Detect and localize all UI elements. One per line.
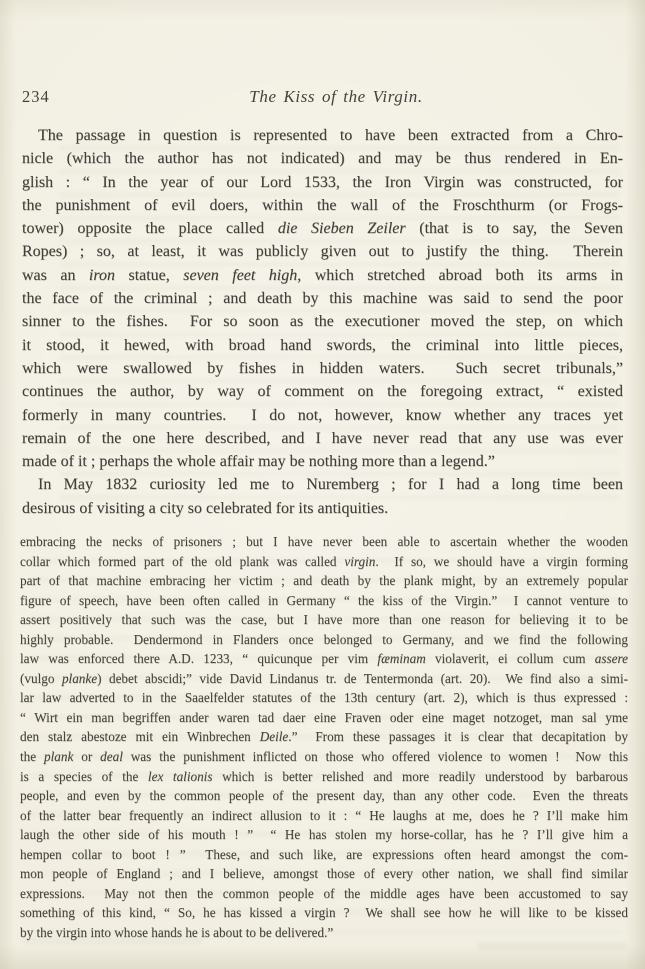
text-line: laugh the other side of his mouth ! ” “ … <box>20 825 628 845</box>
text-line: by the virgin into whose hands he is abo… <box>20 923 628 943</box>
text-line: remain of the one here described, and I … <box>22 427 623 450</box>
text-line: In May 1832 curiosity led me to Nurember… <box>22 473 623 496</box>
text-line: was an iron statue, seven feet high, whi… <box>22 264 623 287</box>
text-line: part of that machine embracing her victi… <box>20 571 628 591</box>
text-line: mon people of England ; and I believe, a… <box>20 864 628 884</box>
text-line: continues the author, by way of comment … <box>22 380 623 403</box>
text-line: nicle (which the author has not indicate… <box>22 147 623 170</box>
text-line: sinner to the fishes. For so soon as the… <box>22 310 623 333</box>
page-header: 234 The Kiss of the Virgin. <box>22 87 623 109</box>
text-line: Ropes) ; so, at least, it was publicly g… <box>22 240 623 263</box>
scanned-book-page: 234 The Kiss of the Virgin. The passage … <box>0 0 645 969</box>
text-line: The passage in question is represented t… <box>22 124 623 147</box>
text-line: made of it ; perhaps the whole affair ma… <box>22 450 623 473</box>
text-line: highly probable. Dendermond in Flanders … <box>20 630 628 650</box>
text-line: the face of the criminal ; and death by … <box>22 287 623 310</box>
page-title: The Kiss of the Virgin. <box>22 87 623 107</box>
text-line: people, and even by the common people of… <box>20 786 628 806</box>
text-line: law was enforced there A.D. 1233, “ quic… <box>20 649 628 669</box>
text-line: formerly in many countries. I do not, ho… <box>22 404 623 427</box>
text-line: desirous of visiting a city so celebrate… <box>22 497 623 520</box>
text-line: tower) opposite the place called die Sie… <box>22 217 623 240</box>
text-line: is a species of the lex talionis which i… <box>20 767 628 787</box>
text-line: the plank or deal was the punishment inf… <box>20 747 628 767</box>
text-line: something of this kind, “ So, he has kis… <box>20 903 628 923</box>
text-line: hempen collar to boot ! ” These, and suc… <box>20 845 628 865</box>
text-line: assert positively that such was the case… <box>20 610 628 630</box>
text-line: “ Wirt ein man begriffen ander waren tad… <box>20 708 628 728</box>
body-text: The passage in question is represented t… <box>22 124 623 520</box>
text-line: it stood, it hewed, with broad hand swor… <box>22 334 623 357</box>
text-line: the punishment of evil doers, within the… <box>22 194 623 217</box>
footnote-text: embracing the necks of prisoners ; but I… <box>20 532 628 942</box>
text-line: collar which formed part of the old plan… <box>20 552 628 572</box>
text-line: figure of speech, have been often called… <box>20 591 628 611</box>
text-line: of the latter bear frequently an indirec… <box>20 806 628 826</box>
text-line: embracing the necks of prisoners ; but I… <box>20 532 628 552</box>
text-line: expressions. May not then the common peo… <box>20 884 628 904</box>
text-line: glish : “ In the year of our Lord 1533, … <box>22 171 623 194</box>
page-number: 234 <box>22 87 50 107</box>
text-line: which were swallowed by fishes in hidden… <box>22 357 623 380</box>
text-line: den stalz abestoze mit ein Winbrechen De… <box>20 727 628 747</box>
text-line: lar law adverted to in the Saaelfelder s… <box>20 688 628 708</box>
text-line: (vulgo planke) debet abscidi;” vide Davi… <box>20 669 628 689</box>
